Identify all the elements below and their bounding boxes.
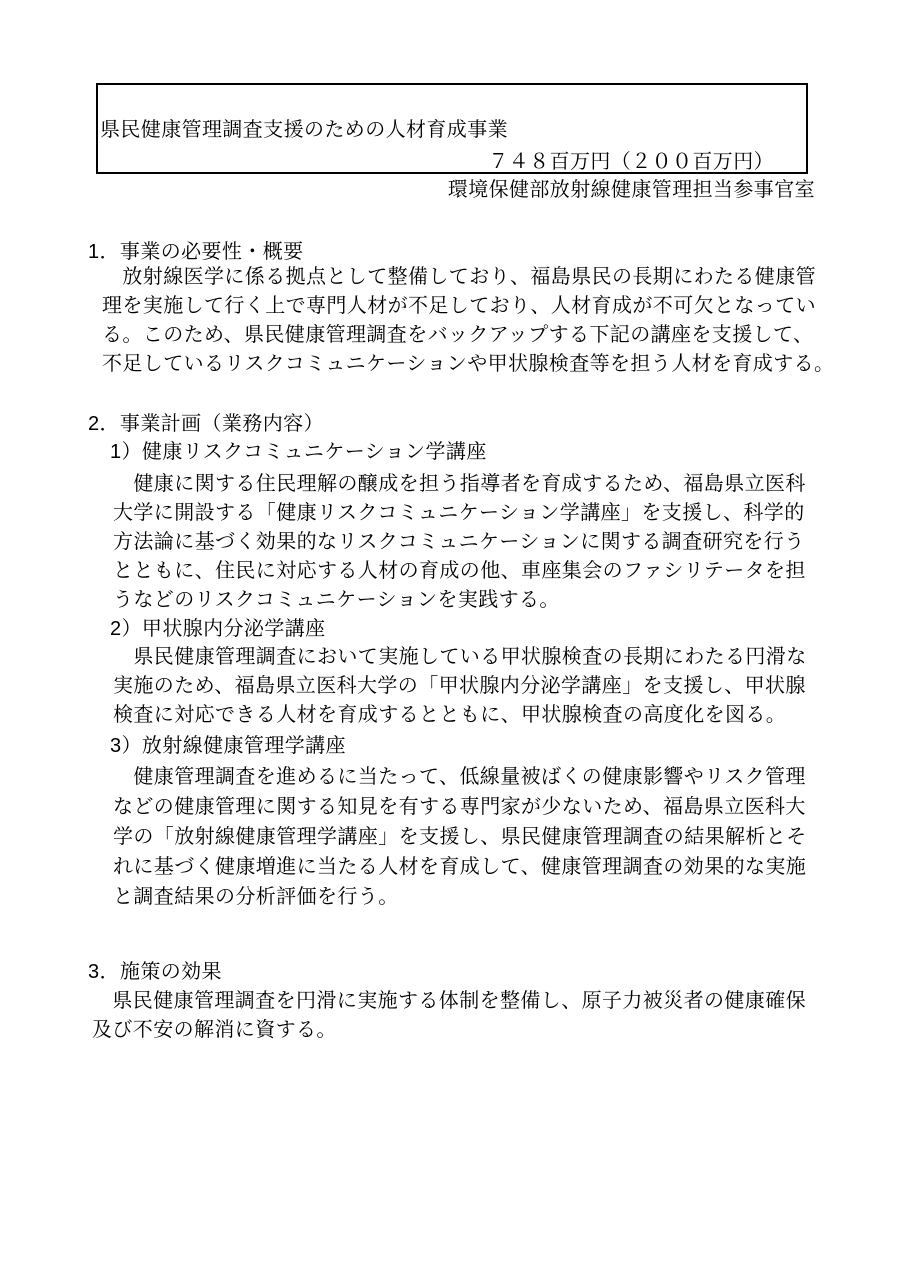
section-2-heading: 2．事業計画（業務内容） <box>88 410 324 439</box>
subsection-1-heading: 1）健康リスクコミュニケーション学講座 <box>110 438 487 467</box>
department-name: 環境保健部放射線健康管理担当参事官室 <box>448 176 815 205</box>
subsection-2-heading: 2）甲状腺内分泌学講座 <box>110 615 326 644</box>
section-1-body: 放射線医学に係る拠点として整備しており、福島県民の長期にわたる健康管 理を実施し… <box>102 263 862 379</box>
budget-amount: ７４８百万円（２００百万円） <box>488 148 774 177</box>
subsection-3-body: 健康管理調査を進めるに当たって、低線量被ばくの健康影響やリスク管理 などの健康管… <box>113 762 873 912</box>
document-page: 県民健康管理調査支援のための人材育成事業 ７４８百万円（２００百万円） 環境保健… <box>0 0 905 1280</box>
project-title: 県民健康管理調査支援のための人材育成事業 <box>100 116 508 145</box>
section-3-body: 県民健康管理調査を円滑に実施する体制を整備し、原子力被災者の健康確保 及び不安の… <box>92 987 862 1045</box>
section-3-heading: 3．施策の効果 <box>88 958 222 987</box>
subsection-1-body: 健康に関する住民理解の醸成を担う指導者を育成するため、福島県立医科 大学に開設す… <box>113 470 873 615</box>
subsection-2-body: 県民健康管理調査において実施している甲状腺検査の長期にわたる円滑な 実施のため、… <box>113 643 873 730</box>
subsection-3-heading: 3）放射線健康管理学講座 <box>110 732 346 761</box>
project-title-box: 県民健康管理調査支援のための人材育成事業 ７４８百万円（２００百万円） <box>96 83 808 174</box>
